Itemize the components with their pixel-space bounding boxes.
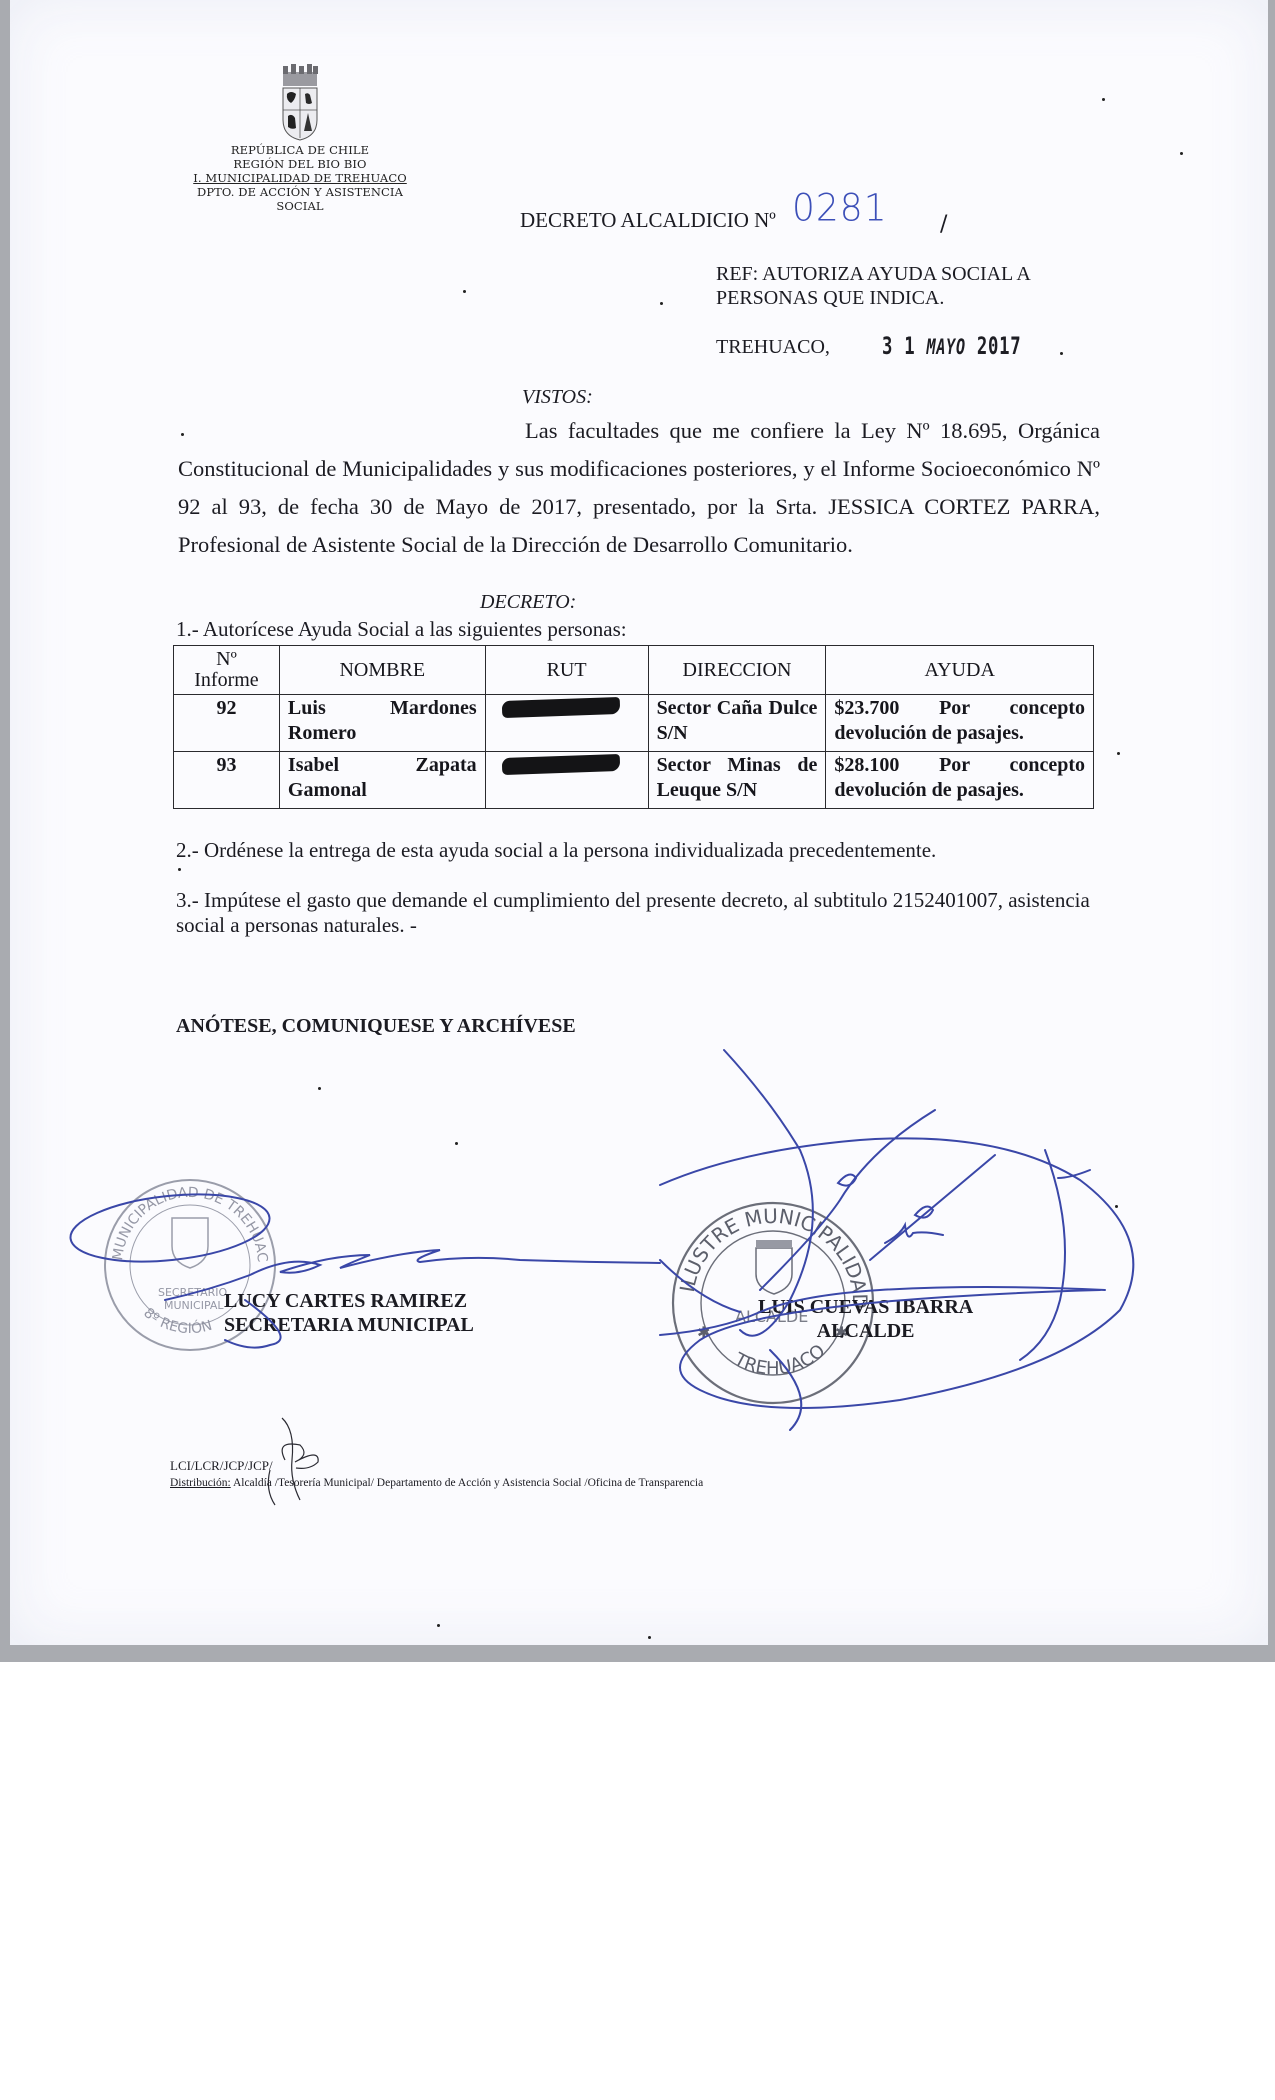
table-row: 92 Luis Mardones Romero Sector Caña Dulc… (174, 695, 1094, 752)
redaction-mark (501, 754, 620, 775)
scan-speck (1117, 752, 1120, 755)
decree-item-1: 1.- Autorícese Ayuda Social a las siguie… (176, 617, 627, 642)
decree-number-handwritten: 0281 (792, 187, 888, 230)
secretary-signature-block: LUCY CARTES RAMIREZ SECRETARIA MUNICIPAL (224, 1289, 474, 1337)
cell-nombre: Isabel Zapata Gamonal (279, 752, 485, 809)
reference-line-2: PERSONAS QUE INDICA. (716, 286, 1031, 310)
decree-title: DECRETO ALCALDICIO Nº (520, 208, 776, 233)
cell-ayuda: $28.100 Por concepto devolución de pasaj… (826, 752, 1094, 809)
secretary-name: LUCY CARTES RAMIREZ (224, 1289, 474, 1313)
column-header-informe: Nº Informe (174, 646, 280, 695)
mayor-name: LUIS CUEVAS IBARRA (758, 1295, 973, 1319)
vistos-heading: VISTOS: (522, 386, 593, 409)
redaction-mark (501, 697, 620, 718)
closing-statement: ANÓTESE, COMUNIQUESE Y ARCHÍVESE (176, 1015, 576, 1038)
scan-speck (660, 302, 663, 305)
cell-ayuda: $23.700 Por concepto devolución de pasaj… (826, 695, 1094, 752)
cell-direccion: Sector Minas de Leuque S/N (648, 752, 826, 809)
scan-speck (181, 433, 184, 436)
scan-speck (1102, 98, 1105, 101)
decree-reference: REF: AUTORIZA AYUDA SOCIAL A PERSONAS QU… (716, 262, 1031, 310)
distribution-list: Distribución: Alcaldía /Tesorería Munici… (170, 1477, 703, 1489)
institution-region: REGIÓN DEL BIO BIO (180, 157, 420, 171)
cell-rut (485, 752, 648, 809)
decree-slash: / (940, 212, 947, 237)
decreto-heading: DECRETO: (480, 591, 576, 614)
cell-informe: 92 (174, 695, 280, 752)
scan-speck (1180, 152, 1183, 155)
distribution-recipients: Alcaldía /Tesorería Municipal/ Departame… (231, 1477, 703, 1489)
column-header-direccion: DIRECCION (648, 646, 826, 695)
column-header-rut: RUT (485, 646, 648, 695)
scan-speck (648, 1636, 651, 1639)
mayor-signature-block: LUIS CUEVAS IBARRA ALCALDE (758, 1295, 973, 1343)
document-page (10, 0, 1268, 1645)
mayor-role: ALCALDE (758, 1319, 973, 1343)
scan-speck (1060, 352, 1063, 355)
decree-city: TREHUACO, (716, 336, 830, 359)
cell-direccion: Sector Caña Dulce S/N (648, 695, 826, 752)
cell-informe: 93 (174, 752, 280, 809)
scan-speck (178, 868, 181, 871)
date-stamp: 3 1 MAYO 2017 (882, 332, 1021, 360)
decree-item-3: 3.- Impútese el gasto que demande el cum… (176, 888, 1106, 938)
scan-speck (318, 1087, 321, 1090)
cell-nombre: Luis Mardones Romero (279, 695, 485, 752)
institution-municipality: I. MUNICIPALIDAD DE TREHUACO (180, 171, 420, 185)
scan-speck (455, 1142, 458, 1145)
reference-line-1: REF: AUTORIZA AYUDA SOCIAL A (716, 262, 1031, 286)
typist-initials: LCI/LCR/JCP/JCP/ (170, 1458, 273, 1474)
date-stamp-day: 3 1 (882, 332, 915, 360)
column-header-nombre: NOMBRE (279, 646, 485, 695)
scan-speck (1115, 1205, 1118, 1208)
date-stamp-month: MAYO (927, 335, 966, 359)
institution-country: REPÚBLICA DE CHILE (180, 143, 420, 157)
vistos-paragraph: Las facultades que me confiere la Ley Nº… (178, 412, 1100, 564)
aid-recipients-table: Nº Informe NOMBRE RUT DIRECCION AYUDA 92… (173, 645, 1094, 809)
date-stamp-year: 2017 (977, 332, 1021, 360)
column-header-ayuda: AYUDA (826, 646, 1094, 695)
table-row: 93 Isabel Zapata Gamonal Sector Minas de… (174, 752, 1094, 809)
municipal-crest-icon (279, 64, 321, 142)
cell-rut (485, 695, 648, 752)
secretary-role: SECRETARIA MUNICIPAL (224, 1313, 474, 1337)
table-header-row: Nº Informe NOMBRE RUT DIRECCION AYUDA (174, 646, 1094, 695)
decree-item-2: 2.- Ordénese la entrega de esta ayuda so… (176, 838, 936, 863)
institution-header: REPÚBLICA DE CHILE REGIÓN DEL BIO BIO I.… (180, 143, 420, 213)
scan-speck (463, 290, 466, 293)
scan-speck (437, 1624, 440, 1627)
distribution-label: Distribución: (170, 1477, 231, 1489)
institution-department: DPTO. DE ACCIÓN Y ASISTENCIA SOCIAL (180, 185, 420, 213)
